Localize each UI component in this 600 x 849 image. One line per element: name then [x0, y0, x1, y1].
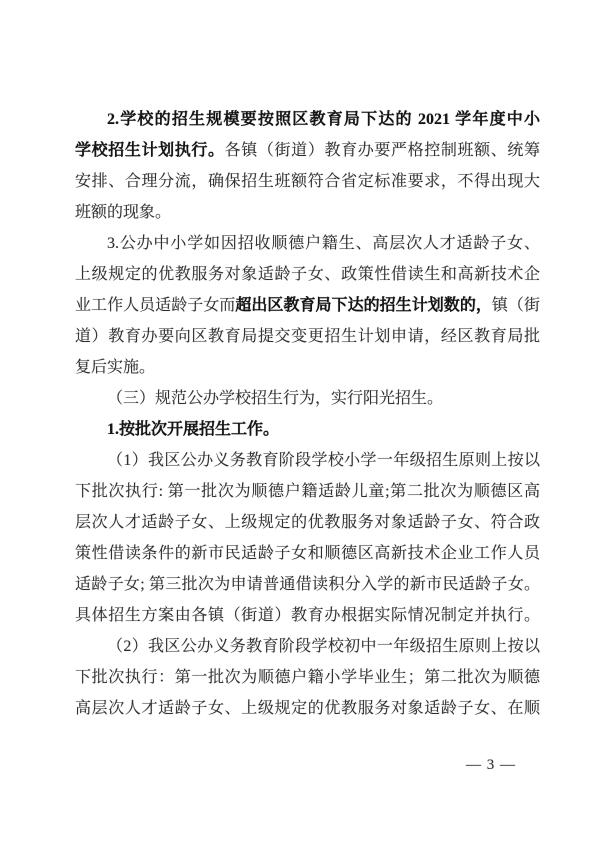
text-segment: 超出区教育局下达的招生计划数的， [235, 297, 492, 314]
text-line: （1）我区公办义务教育阶段学校小学一年级招生原则上按以 [75, 445, 540, 476]
text-line: 适龄子女; 第三批次为申请普通借读积分入学的新市民适龄子女。 [75, 569, 540, 600]
text-segment: 适龄子女; 第三批次为申请普通借读积分入学的新市民适龄子女。 [75, 576, 540, 593]
text-line: 3.公办中小学如因招收顺德户籍生、高层次人才适龄子女、 [75, 228, 540, 259]
text-line: 业工作人员适龄子女而超出区教育局下达的招生计划数的，镇（街 [75, 290, 540, 321]
text-segment: 业工作人员适龄子女而 [75, 297, 235, 314]
text-line: 层次人才适龄子女、上级规定的优教服务对象适龄子女、符合政 [75, 507, 540, 538]
text-segment: 安排、合理分流，确保招生班额符合省定标准要求，不得出现大 [75, 173, 540, 190]
text-segment: 复后实施。 [75, 359, 155, 376]
text-segment: 学校招生计划执行。 [75, 142, 225, 159]
text-line: 学校招生计划执行。各镇（街道）教育办要严格控制班额、统筹 [75, 135, 540, 166]
text-line: 策性借读条件的新市民适龄子女和顺德区高新技术企业工作人员 [75, 538, 540, 569]
text-segment: 道）教育办要向区教育局提交变更招生计划申请，经区教育局批 [75, 328, 540, 345]
text-segment: 3.公办中小学如因招收顺德户籍生、高层次人才适龄子女、 [107, 235, 540, 252]
text-segment: （三）规范公办学校招生行为，实行阳光招生。 [107, 390, 443, 407]
text-segment: 镇（街 [492, 297, 540, 314]
text-segment: 下批次执行: 第一批次为顺德户籍适龄儿童;第二批次为顺德区高 [75, 483, 540, 500]
document-body: 2.学校的招生规模要按照区教育局下达的 2021 学年度中小学校招生计划执行。各… [75, 104, 540, 724]
text-line: 高层次人才适龄子女、上级规定的优教服务对象适龄子女、在顺 [75, 693, 540, 724]
text-segment: 层次人才适龄子女、上级规定的优教服务对象适龄子女、符合政 [75, 514, 540, 531]
text-segment: 各镇（街道）教育办要严格控制班额、统筹 [225, 142, 540, 159]
text-segment: 策性借读条件的新市民适龄子女和顺德区高新技术企业工作人员 [75, 545, 540, 562]
text-line: 道）教育办要向区教育局提交变更招生计划申请，经区教育局批 [75, 321, 540, 352]
text-segment: 高层次人才适龄子女、上级规定的优教服务对象适龄子女、在顺 [75, 700, 540, 717]
text-line: 班额的现象。 [75, 197, 540, 228]
text-segment: 1.按批次开展招生工作。 [107, 421, 279, 438]
text-line: 下批次执行：第一批次为顺德户籍小学毕业生；第二批次为顺德 [75, 662, 540, 693]
text-line: 具体招生方案由各镇（街道）教育办根据实际情况制定并执行。 [75, 600, 540, 631]
text-segment: （2）我区公办义务教育阶段学校初中一年级招生原则上按以 [107, 638, 540, 655]
text-segment: 2.学校的招生规模要按照区教育局下达的 2021 学年度中小 [107, 111, 540, 128]
text-line: 2.学校的招生规模要按照区教育局下达的 2021 学年度中小 [75, 104, 540, 135]
text-segment: 上级规定的优教服务对象适龄子女、政策性借读生和高新技术企 [75, 266, 540, 283]
text-segment: （1）我区公办义务教育阶段学校小学一年级招生原则上按以 [107, 452, 540, 469]
page-number: — 3 — [466, 750, 516, 781]
text-line: 复后实施。 [75, 352, 540, 383]
text-line: （三）规范公办学校招生行为，实行阳光招生。 [75, 383, 540, 414]
text-line: 1.按批次开展招生工作。 [75, 414, 540, 445]
text-segment: 下批次执行：第一批次为顺德户籍小学毕业生；第二批次为顺德 [75, 669, 540, 686]
text-line: 下批次执行: 第一批次为顺德户籍适龄儿童;第二批次为顺德区高 [75, 476, 540, 507]
text-line: 安排、合理分流，确保招生班额符合省定标准要求，不得出现大 [75, 166, 540, 197]
text-segment: 具体招生方案由各镇（街道）教育办根据实际情况制定并执行。 [75, 607, 540, 624]
text-line: （2）我区公办义务教育阶段学校初中一年级招生原则上按以 [75, 631, 540, 662]
text-line: 上级规定的优教服务对象适龄子女、政策性借读生和高新技术企 [75, 259, 540, 290]
text-segment: 班额的现象。 [75, 204, 171, 221]
document-page: 2.学校的招生规模要按照区教育局下达的 2021 学年度中小学校招生计划执行。各… [0, 0, 600, 849]
